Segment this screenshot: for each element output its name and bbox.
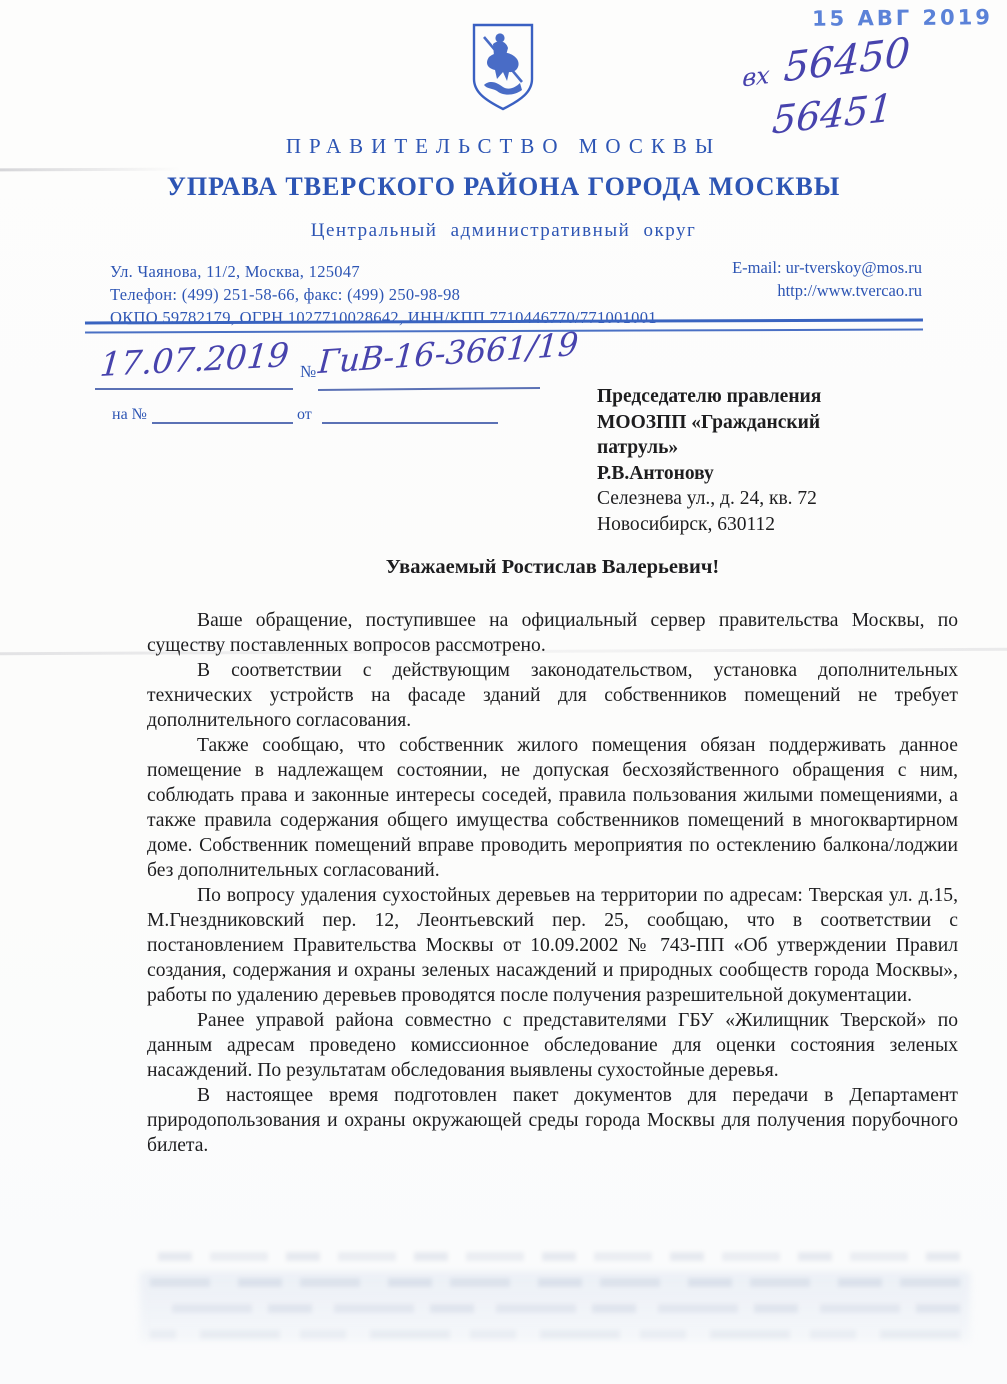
scan-smear-artifact xyxy=(140,1272,970,1342)
letterhead-government-title: ПРАВИТЕЛЬСТВО МОСКВЫ xyxy=(0,134,1007,159)
recipient-organization: МООЗПП «Гражданский xyxy=(597,410,907,436)
paragraph: Также сообщаю, что собственник жилого по… xyxy=(147,733,958,883)
letterhead-address: Ул. Чаянова, 11/2, Москва, 125047 xyxy=(110,260,657,283)
letter-body: Ваше обращение, поступившее на официальн… xyxy=(147,608,958,1158)
letterhead-email: E-mail: ur-tverskoy@mos.ru xyxy=(732,256,922,279)
number-label: № xyxy=(300,362,316,382)
recipient-name: Р.В.Антонову xyxy=(597,461,907,487)
scan-crease xyxy=(0,168,180,172)
letterhead-phone: Телефон: (499) 251-58-66, факс: (499) 25… xyxy=(110,283,657,306)
letterhead-contact-block: Ул. Чаянова, 11/2, Москва, 125047 Телефо… xyxy=(110,260,657,329)
from-label: от xyxy=(297,406,312,424)
recipient-block: Председателю правления МООЗПП «Гражданск… xyxy=(597,384,907,537)
date-underline xyxy=(95,388,293,390)
paragraph: Ранее управой района совместно с предста… xyxy=(147,1008,958,1083)
recipient-street: Селезнева ул., д. 24, кв. 72 xyxy=(597,486,907,512)
recipient-city: Новосибирск, 630112 xyxy=(597,512,907,538)
moscow-coat-of-arms-icon xyxy=(470,22,536,114)
paragraph: В настоящее время подготовлен пакет доку… xyxy=(147,1083,958,1158)
salutation: Уважаемый Ростислав Валерьевич! xyxy=(147,556,958,579)
handwritten-letter-number: ГиВ-16-3661/19 xyxy=(317,325,580,381)
scanned-letter-page: 15 АВГ 2019 вх56450 56451 ПРАВИТЕЛЬСТВО … xyxy=(0,0,1007,1384)
letterhead-organization-title: УПРАВА ТВЕРСКОГО РАЙОНА ГОРОДА МОСКВЫ xyxy=(0,172,1007,202)
reply-to-underline xyxy=(152,422,293,424)
handwritten-letter-date: 17.07.2019 xyxy=(98,335,290,384)
letterhead-district-title: Центральный административный округ xyxy=(0,220,1007,242)
recipient-position: Председателю правления xyxy=(597,384,907,410)
paragraph: Ваше обращение, поступившее на официальн… xyxy=(147,608,958,658)
bleed-through-text-artifact xyxy=(150,1252,960,1356)
from-underline xyxy=(322,422,498,424)
letterhead-email-block: E-mail: ur-tverskoy@mos.ru http://www.tv… xyxy=(732,256,922,302)
incoming-date-stamp: 15 АВГ 2019 xyxy=(812,5,993,31)
number-underline xyxy=(318,387,540,391)
letterhead-website: http://www.tvercao.ru xyxy=(732,279,922,302)
paragraph: В соответствии с действующим законодател… xyxy=(147,658,958,733)
recipient-organization-cont: патруль» xyxy=(597,435,907,461)
reply-to-label: на № xyxy=(112,406,147,424)
paragraph: По вопросу удаления сухостойных деревьев… xyxy=(147,883,958,1008)
handwritten-incoming-prefix: вх xyxy=(742,61,771,93)
